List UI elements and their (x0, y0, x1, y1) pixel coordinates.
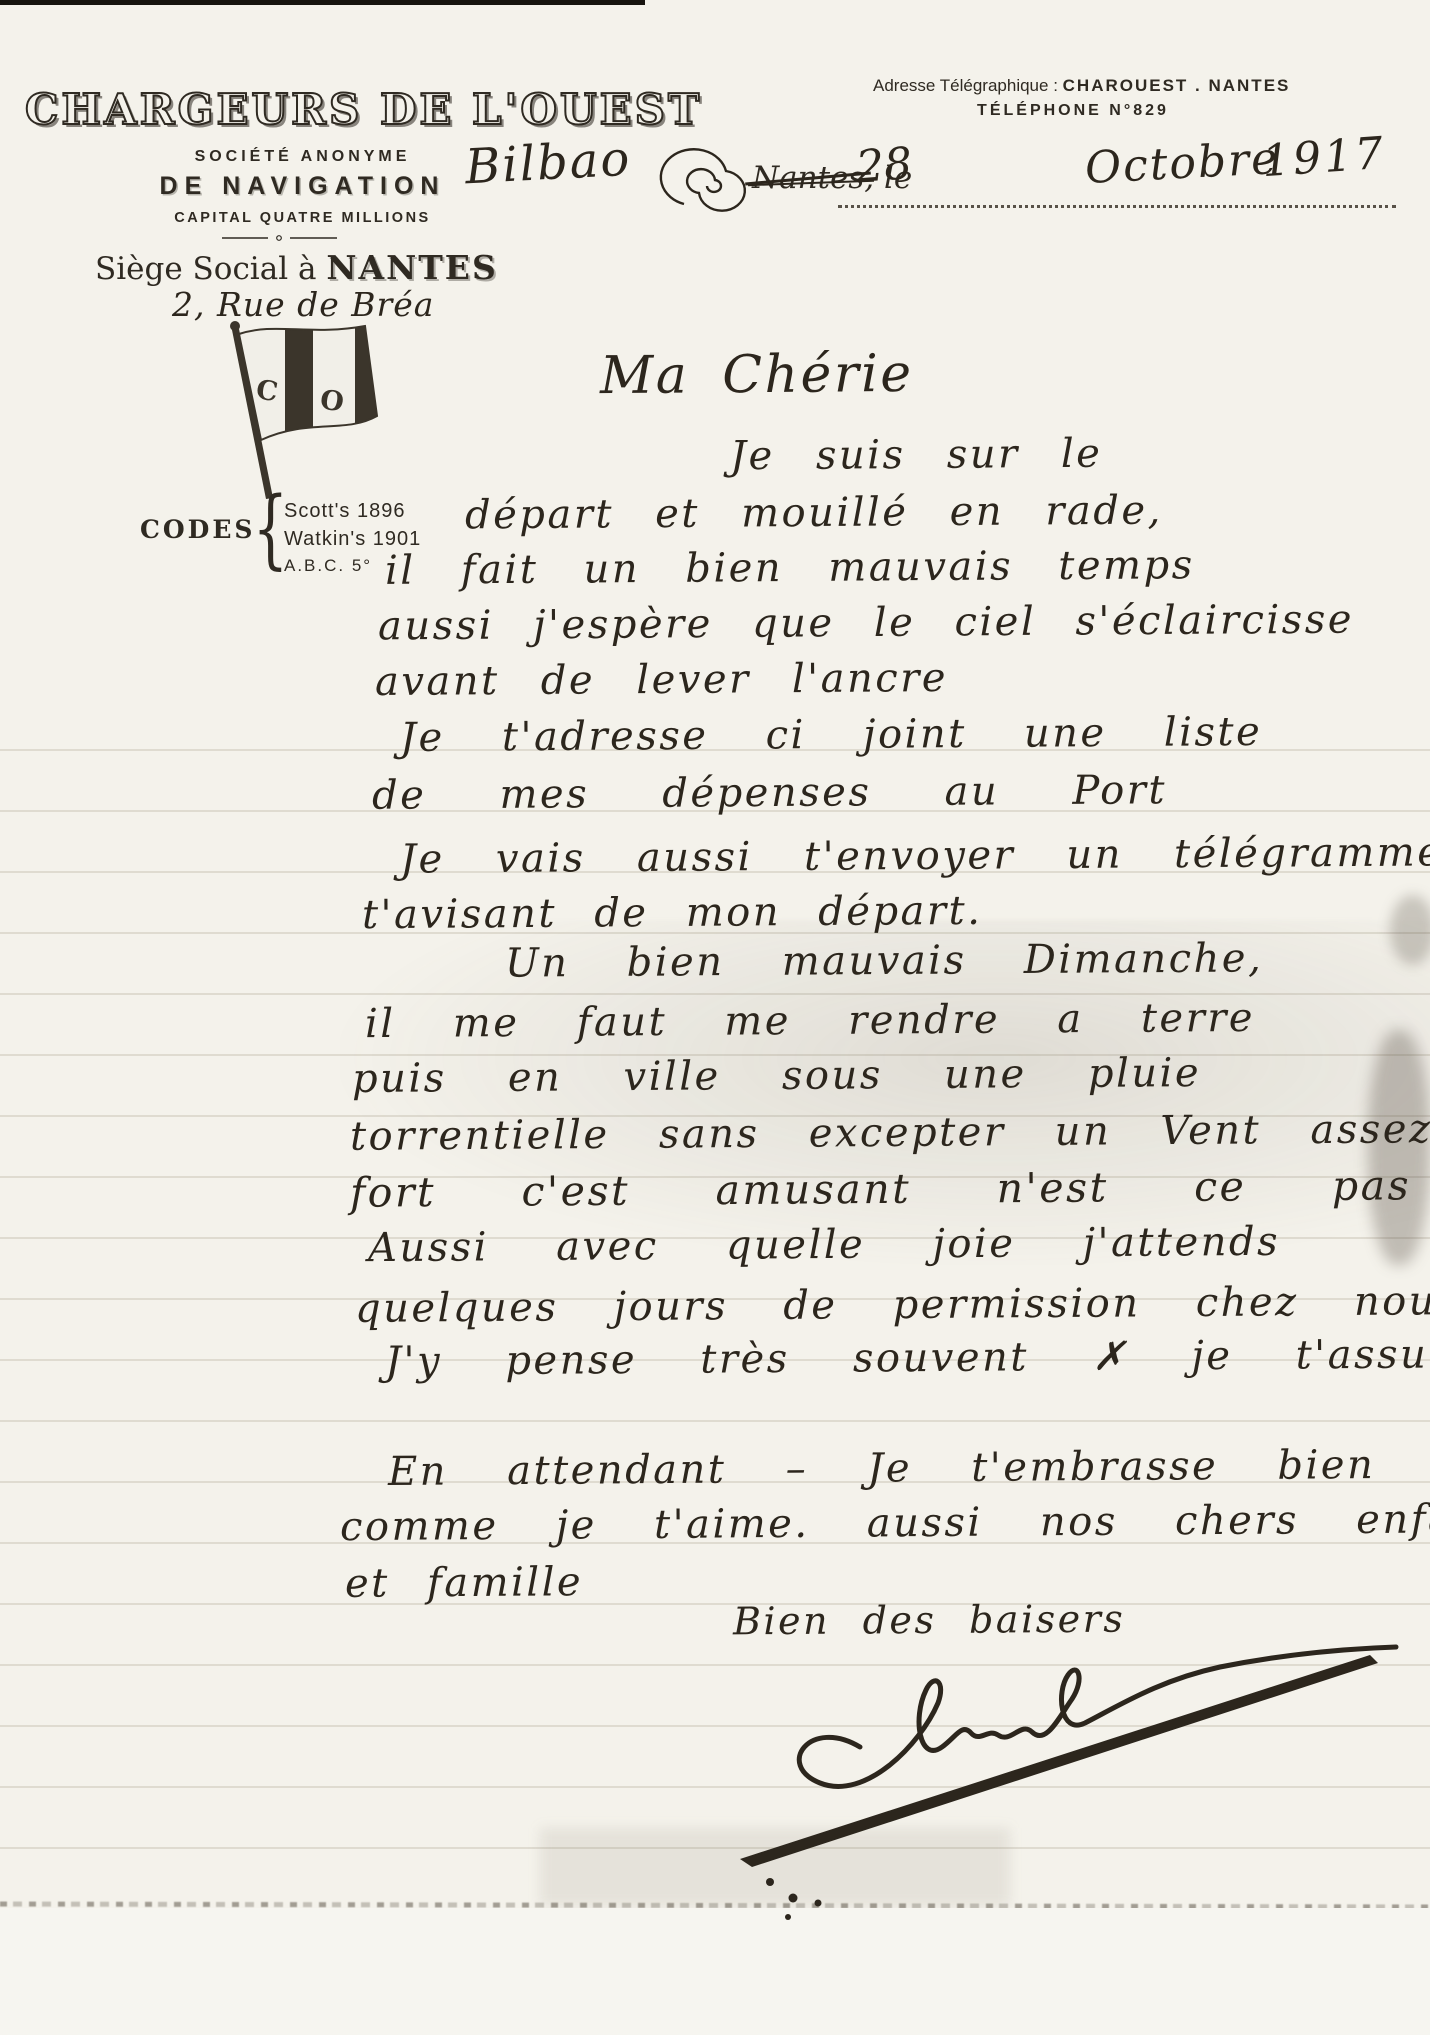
codes-item-abc: A.B.C. 5° (284, 556, 372, 576)
ink-dot (815, 1900, 822, 1907)
body-line: torrentielle sans excepter un Vent assez (350, 1106, 1430, 1160)
date-year: 1917 (1260, 128, 1387, 188)
codes-item-scotts: Scott's 1896 (284, 500, 405, 523)
ink-dot (789, 1894, 798, 1903)
body-line: Un bien mauvais Dimanche, (505, 935, 1264, 986)
telegraph-label: Adresse Télégraphique : (873, 76, 1063, 95)
body-line: puis en ville sous une pluie (352, 1050, 1201, 1102)
body-line: départ et mouillé en rade, (465, 488, 1163, 539)
capital-line: CAPITAL QUATRE MILLIONS (25, 210, 580, 226)
body-line: avant de lever l'ancre (375, 655, 948, 705)
right-edge-smudge-upper (1390, 895, 1430, 965)
body-line: Je suis sur le (730, 431, 1103, 480)
company-name: CHARGEURS DE L'OUEST (25, 85, 580, 134)
codes-label: CODES (140, 515, 255, 544)
hq-line: Siège Social à NANTES (95, 248, 498, 287)
body-line: et famille (345, 1559, 583, 1607)
body-line: aussi j'espère que le ciel s'éclaircisse (378, 597, 1354, 650)
signature-flourish (680, 1635, 1430, 1935)
telegraph-value: CHAROUEST . NANTES (1063, 76, 1291, 95)
ink-dot (766, 1878, 774, 1886)
date-day: 28 (854, 138, 913, 193)
flourish-swirl (652, 140, 762, 220)
body-line: Je vais aussi t'envoyer un télégramme (400, 829, 1430, 882)
scanned-letter-page: CHARGEURS DE L'OUEST SOCIÉTÉ ANONYME DE … (0, 0, 1430, 2035)
company-flag: C O (205, 316, 405, 506)
body-line: quelques jours de permission chez nous (355, 1278, 1430, 1332)
scan-edge-top (0, 0, 645, 5)
origin-city-handwritten: Bilbao (464, 131, 633, 196)
signature-underline-stroke (740, 1655, 1378, 1867)
phone-line: TÉLÉPHONE N°829 (873, 102, 1273, 120)
salutation: Ma Chérie (600, 344, 914, 406)
hq-city: NANTES (326, 248, 497, 287)
body-line: comme je t'aime. aussi nos chers enfants (340, 1496, 1430, 1550)
body-line: de mes dépenses au Port (372, 767, 1167, 819)
body-line: Aussi avec quelle joie j'attends (368, 1219, 1280, 1271)
header-divider (222, 233, 337, 243)
body-line: fort c'est amusant n'est ce pas (350, 1161, 1411, 1216)
body-line: il me faut me rendre a terre (365, 995, 1255, 1047)
hq-prefix: Siège Social à (95, 251, 326, 287)
telegraph-line: Adresse Télégraphique : CHAROUEST . NANT… (873, 76, 1290, 96)
ink-dot (785, 1914, 791, 1920)
body-line: Je t'adresse ci joint une liste (400, 709, 1262, 761)
flag-letter-o: O (318, 384, 346, 418)
body-line: t'avisant de mon départ. (362, 888, 983, 938)
body-line: J'y pense très souvent ✗ je t'assure (385, 1331, 1430, 1385)
body-line: il fait un bien mauvais temps (385, 542, 1195, 594)
codes-brace: { (253, 486, 289, 572)
date-month: Octobre (1084, 133, 1281, 194)
body-line: En attendant – Je t'embrasse bien fort (388, 1441, 1430, 1495)
signature-name-stroke (799, 1647, 1396, 1786)
